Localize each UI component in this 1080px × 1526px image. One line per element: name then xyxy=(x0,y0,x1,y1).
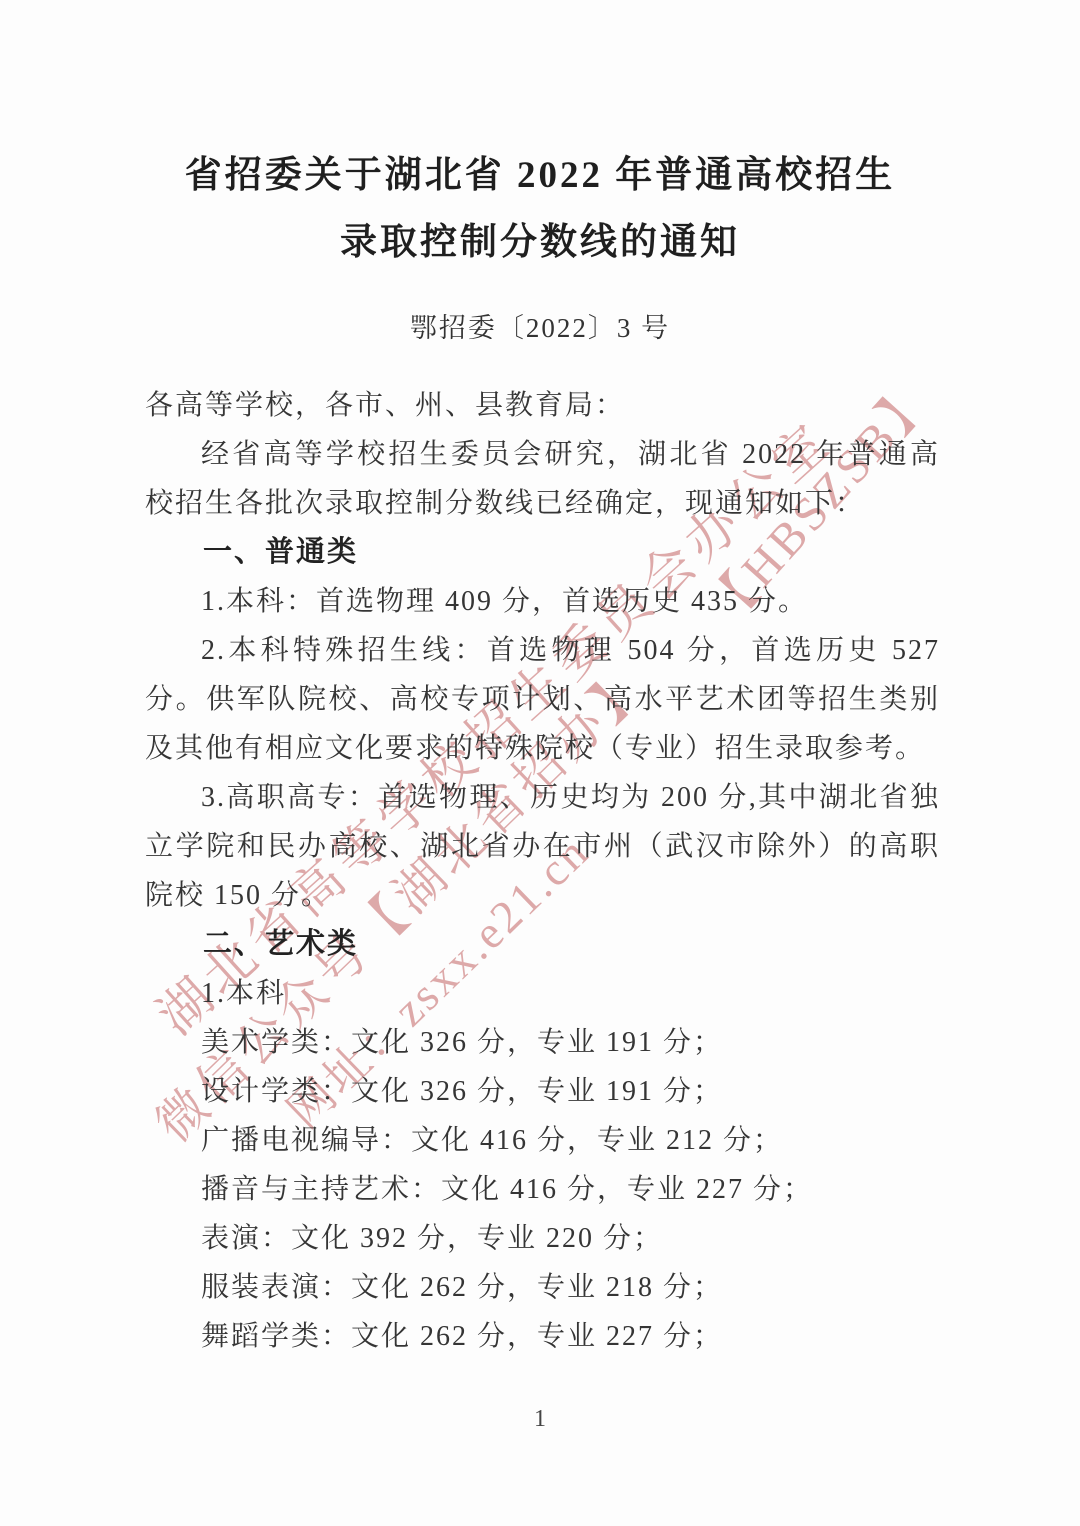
doc-title-line-1: 省招委关于湖北省 2022 年普通高校招生 xyxy=(0,153,1080,199)
doc-paragraph: 表演：文化 392 分，专业 220 分； xyxy=(145,1214,940,1263)
doc-body: 各高等学校，各市、州、县教育局：经省高等学校招生委员会研究，湖北省 2022 年… xyxy=(145,381,940,1361)
doc-number: 鄂招委〔2022〕3 号 xyxy=(0,306,1080,345)
doc-paragraph: 设计学类：文化 326 分，专业 191 分； xyxy=(145,1067,940,1116)
doc-paragraph: 2.本科特殊招生线：首选物理 504 分，首选历史 527 分。供军队院校、高校… xyxy=(145,626,940,773)
doc-paragraph: 各高等学校，各市、州、县教育局： xyxy=(145,381,940,430)
doc-title-line-2: 录取控制分数线的通知 xyxy=(0,220,1080,266)
doc-paragraph: 1.本科：首选物理 409 分，首选历史 435 分。 xyxy=(145,577,940,626)
doc-paragraph: 服装表演：文化 262 分，专业 218 分； xyxy=(145,1263,940,1312)
doc-paragraph: 播音与主持艺术：文化 416 分，专业 227 分； xyxy=(145,1165,940,1214)
document-page: 湖北省高等学校招生委员会办公室 【HBSZSB】 微信公众号【湖北省招办】 网址… xyxy=(0,0,1080,1526)
doc-paragraph: 经省高等学校招生委员会研究，湖北省 2022 年普通高校招生各批次录取控制分数线… xyxy=(145,430,940,528)
doc-paragraph: 舞蹈学类：文化 262 分，专业 227 分； xyxy=(145,1312,940,1361)
doc-paragraph: 3.高职高专：首选物理、历史均为 200 分,其中湖北省独立学院和民办高校、湖北… xyxy=(145,773,940,920)
doc-paragraph: 广播电视编导：文化 416 分，专业 212 分； xyxy=(145,1116,940,1165)
page-number: 1 xyxy=(0,1406,1080,1433)
doc-paragraph: 1.本科 xyxy=(145,969,940,1018)
doc-paragraph: 一、普通类 xyxy=(145,528,940,577)
doc-paragraph: 二、艺术类 xyxy=(145,920,940,969)
doc-paragraph: 美术学类：文化 326 分，专业 191 分； xyxy=(145,1018,940,1067)
